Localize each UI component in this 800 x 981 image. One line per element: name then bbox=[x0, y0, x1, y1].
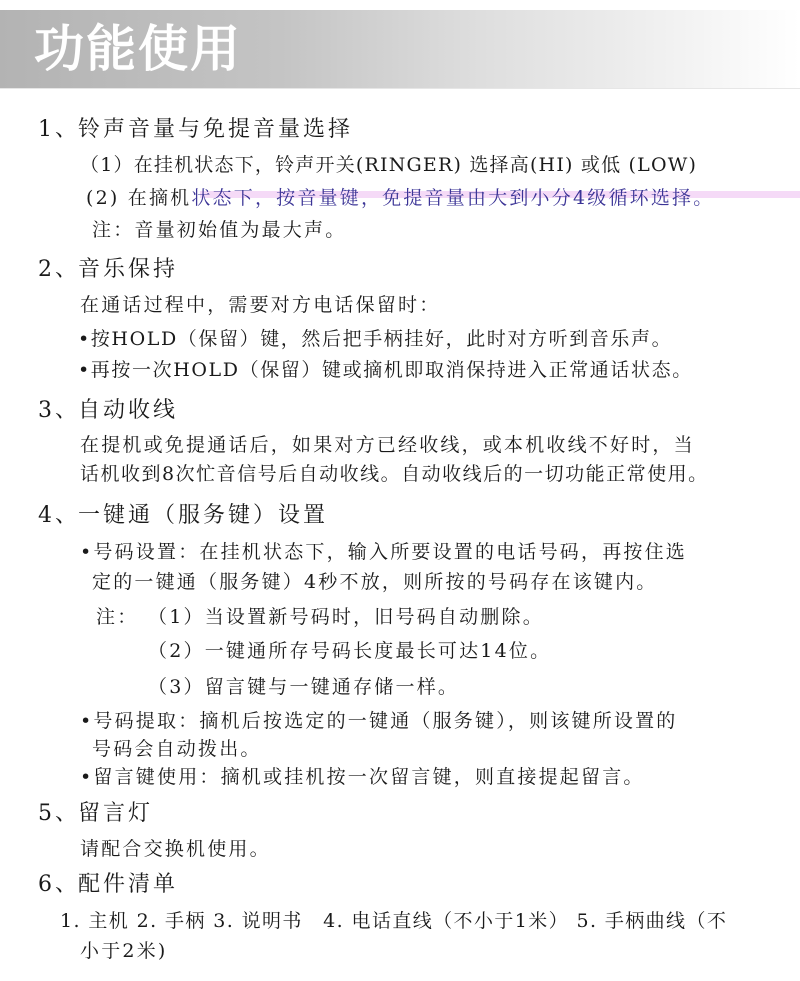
section-6-line-1: 1. 主机 2. 手柄 3. 说明书 4. 电话直线（不小于1米） 5. 手柄曲… bbox=[60, 908, 727, 934]
section-number: 1、 bbox=[38, 115, 78, 145]
section-1-note: 注：音量初始值为最大声。 bbox=[92, 217, 346, 243]
section-4-note-3: （3）留言键与一键通存储一样。 bbox=[148, 674, 459, 700]
section-6-heading: 6、配件清单 bbox=[38, 870, 178, 900]
section-3-line-2: 话机收到8次忙音信号后自动收线。自动收线后的一切功能正常使用。 bbox=[80, 461, 709, 487]
section-1-line-1: （1）在挂机状态下，铃声开关(RINGER) 选择高(HI) 或低 (LOW) bbox=[80, 152, 697, 178]
section-4-note-1: （1）当设置新号码时，旧号码自动删除。 bbox=[148, 604, 544, 630]
section-number: 2、 bbox=[38, 255, 78, 285]
page-title: 功能使用 bbox=[34, 20, 242, 78]
line-prefix: (2) 在摘机 bbox=[86, 187, 191, 209]
section-title: 音乐保持 bbox=[78, 257, 178, 282]
section-title: 留言灯 bbox=[78, 801, 153, 826]
section-title: 一键通（服务键）设置 bbox=[78, 503, 328, 528]
section-5-line-1: 请配合交换机使用。 bbox=[80, 836, 271, 862]
section-1-line-2: (2) 在摘机状态下，按音量键，免提音量由大到小分4级循环选择。 bbox=[86, 185, 714, 211]
section-number: 5、 bbox=[38, 799, 78, 829]
section-2-line-1: 在通话过程中，需要对方电话保留时： bbox=[80, 292, 440, 318]
section-4-bullet-2-cont: 号码会自动拨出。 bbox=[92, 736, 262, 762]
section-title: 铃声音量与免提音量选择 bbox=[78, 117, 353, 142]
section-1-heading: 1、铃声音量与免提音量选择 bbox=[38, 115, 353, 145]
section-title: 配件清单 bbox=[78, 872, 178, 897]
section-2-heading: 2、音乐保持 bbox=[38, 255, 178, 285]
section-4-bullet-3: •留言键使用：摘机或挂机按一次留言键，则直接提起留言。 bbox=[80, 764, 645, 790]
section-3-heading: 3、自动收线 bbox=[38, 396, 178, 426]
section-number: 4、 bbox=[38, 501, 78, 531]
highlighted-text: 状态下，按音量键，免提音量由大到小分4级循环选择。 bbox=[191, 187, 714, 209]
section-6-line-2: 小于2米) bbox=[80, 938, 168, 964]
section-4-bullet-1: •号码设置：在挂机状态下，输入所要设置的电话号码，再按住选 bbox=[80, 539, 687, 565]
section-5-heading: 5、留言灯 bbox=[38, 799, 153, 829]
page-banner: 功能使用 bbox=[0, 10, 800, 89]
section-4-bullet-1-cont: 定的一键通（服务键）4秒不放，则所按的号码存在该键内。 bbox=[92, 569, 658, 595]
section-4-heading: 4、一键通（服务键）设置 bbox=[38, 501, 328, 531]
section-2-bullet-1: •按HOLD（保留）键，然后把手柄挂好，此时对方听到音乐声。 bbox=[78, 326, 672, 352]
section-3-line-1: 在提机或免提通话后，如果对方已经收线，或本机收线不好时，当 bbox=[80, 432, 695, 458]
section-number: 3、 bbox=[38, 396, 78, 426]
section-4-note-label: 注： bbox=[96, 604, 138, 630]
section-2-bullet-2: •再按一次HOLD（保留）键或摘机即取消保持进入正常通话状态。 bbox=[78, 357, 693, 383]
section-4-note-2: （2）一键通所存号码长度最长可达14位。 bbox=[148, 638, 551, 664]
section-number: 6、 bbox=[38, 870, 78, 900]
section-title: 自动收线 bbox=[78, 398, 178, 423]
section-4-bullet-2: •号码提取：摘机后按选定的一键通（服务键），则该键所设置的 bbox=[80, 708, 678, 734]
